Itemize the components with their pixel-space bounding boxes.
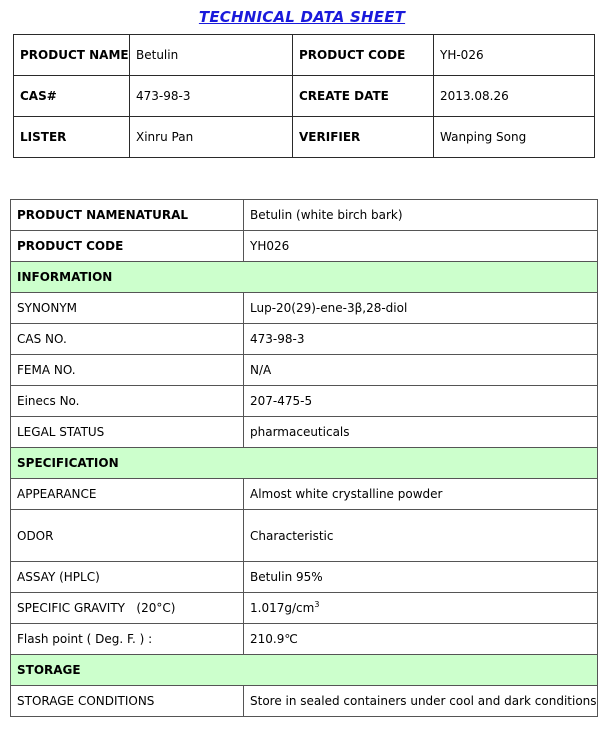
appearance-value: Almost white crystalline powder xyxy=(244,479,598,510)
table-row: PRODUCT NAME Betulin PRODUCT CODE YH-026 xyxy=(14,35,595,76)
product-name-value: Betulin xyxy=(130,35,293,76)
cas-label: CAS# xyxy=(14,76,130,117)
cas-no-value: 473-98-3 xyxy=(244,324,598,355)
lister-value: Xinru Pan xyxy=(130,117,293,158)
product-name-natural-label: PRODUCT NAMENATURAL xyxy=(11,200,244,231)
table-row: ODOR Characteristic xyxy=(11,510,598,562)
assay-value: Betulin 95% xyxy=(244,562,598,593)
table-row: STORAGE CONDITIONS Store in sealed conta… xyxy=(11,686,598,717)
specific-gravity-value: 1.017g/cm xyxy=(250,601,314,615)
specification-header: SPECIFICATION xyxy=(11,448,598,479)
odor-value: Characteristic xyxy=(244,510,598,562)
table-row: LEGAL STATUS pharmaceuticals xyxy=(11,417,598,448)
table-row: ASSAY (HPLC) Betulin 95% xyxy=(11,562,598,593)
table-row: CAS NO. 473-98-3 xyxy=(11,324,598,355)
table-row: CAS# 473-98-3 CREATE DATE 2013.08.26 xyxy=(14,76,595,117)
verifier-value: Wanping Song xyxy=(434,117,595,158)
table-row: APPEARANCE Almost white crystalline powd… xyxy=(11,479,598,510)
product-code-label: PRODUCT CODE xyxy=(293,35,434,76)
table-row: Einecs No. 207-475-5 xyxy=(11,386,598,417)
product-code-value: YH026 xyxy=(244,231,598,262)
specification-table: PRODUCT NAMENATURAL Betulin (white birch… xyxy=(10,199,598,717)
assay-label: ASSAY (HPLC) xyxy=(11,562,244,593)
odor-label: ODOR xyxy=(11,510,244,562)
lister-label: LISTER xyxy=(14,117,130,158)
table-row: PRODUCT CODE YH026 xyxy=(11,231,598,262)
section-header-row: STORAGE xyxy=(11,655,598,686)
document-title: TECHNICAL DATA SHEET xyxy=(0,8,604,26)
storage-conditions-label: STORAGE CONDITIONS xyxy=(11,686,244,717)
table-row: LISTER Xinru Pan VERIFIER Wanping Song xyxy=(14,117,595,158)
section-header-row: SPECIFICATION xyxy=(11,448,598,479)
section-header-row: INFORMATION xyxy=(11,262,598,293)
einecs-no-label: Einecs No. xyxy=(11,386,244,417)
legal-status-label: LEGAL STATUS xyxy=(11,417,244,448)
product-code-label: PRODUCT CODE xyxy=(11,231,244,262)
table-row: FEMA NO. N/A xyxy=(11,355,598,386)
einecs-no-value: 207-475-5 xyxy=(244,386,598,417)
create-date-label: CREATE DATE xyxy=(293,76,434,117)
create-date-value: 2013.08.26 xyxy=(434,76,595,117)
product-code-value: YH-026 xyxy=(434,35,595,76)
specific-gravity-cell: 1.017g/cm3 xyxy=(244,593,598,624)
storage-header: STORAGE xyxy=(11,655,598,686)
verifier-label: VERIFIER xyxy=(293,117,434,158)
table-row: PRODUCT NAMENATURAL Betulin (white birch… xyxy=(11,200,598,231)
flash-point-label: Flash point ( Deg. F. ) : xyxy=(11,624,244,655)
synonym-value: Lup-20(29)-ene-3β,28-diol xyxy=(244,293,598,324)
cas-no-label: CAS NO. xyxy=(11,324,244,355)
flash-point-value: 210.9℃ xyxy=(244,624,598,655)
fema-no-value: N/A xyxy=(244,355,598,386)
legal-status-value: pharmaceuticals xyxy=(244,417,598,448)
fema-no-label: FEMA NO. xyxy=(11,355,244,386)
header-info-table: PRODUCT NAME Betulin PRODUCT CODE YH-026… xyxy=(13,34,595,158)
product-name-natural-value: Betulin (white birch bark) xyxy=(244,200,598,231)
cas-value: 473-98-3 xyxy=(130,76,293,117)
table-row: SPECIFIC GRAVITY (20°C) 1.017g/cm3 xyxy=(11,593,598,624)
appearance-label: APPEARANCE xyxy=(11,479,244,510)
cubic-superscript: 3 xyxy=(314,600,319,609)
product-name-label: PRODUCT NAME xyxy=(14,35,130,76)
table-row: SYNONYM Lup-20(29)-ene-3β,28-diol xyxy=(11,293,598,324)
information-header: INFORMATION xyxy=(11,262,598,293)
synonym-label: SYNONYM xyxy=(11,293,244,324)
specific-gravity-label: SPECIFIC GRAVITY (20°C) xyxy=(11,593,244,624)
table-row: Flash point ( Deg. F. ) : 210.9℃ xyxy=(11,624,598,655)
storage-conditions-value: Store in sealed containers under cool an… xyxy=(244,686,598,717)
